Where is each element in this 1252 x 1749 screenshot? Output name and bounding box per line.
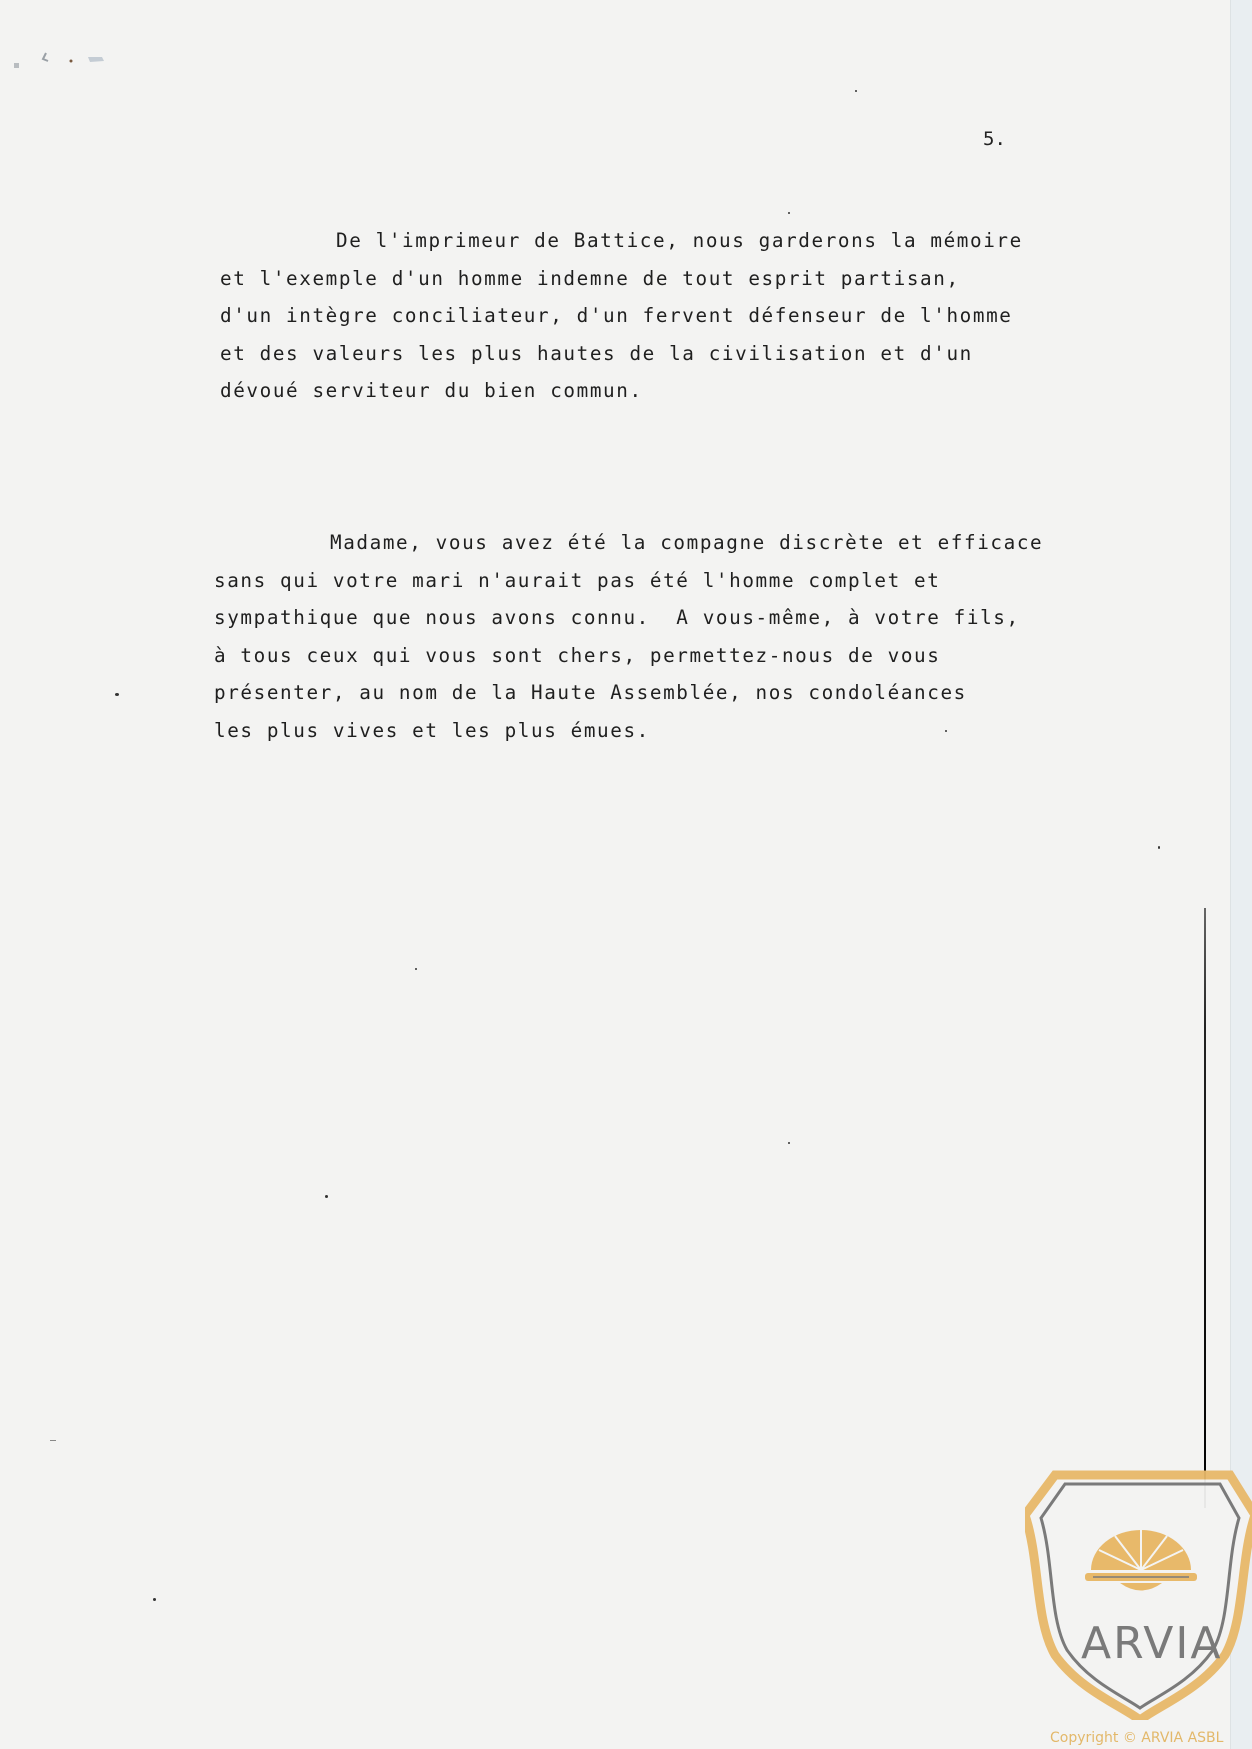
- copyright-notice: Copyright © ARVIA ASBL: [1050, 1730, 1223, 1746]
- watermark-logo-text: ARVIA: [1081, 1618, 1222, 1669]
- text-line: De l'imprimeur de Battice, nous garderon…: [220, 222, 1023, 260]
- arvia-watermark: ARVIA: [1025, 1470, 1252, 1720]
- text-line: et des valeurs les plus hautes de la civ…: [220, 335, 1023, 373]
- text-line: les plus vives et les plus émues.: [214, 712, 1043, 750]
- text-line: et l'exemple d'un homme indemne de tout …: [220, 260, 1023, 298]
- text-line: présenter, au nom de la Haute Assemblée,…: [214, 674, 1043, 712]
- text-line: d'un intègre conciliateur, d'un fervent …: [220, 297, 1023, 335]
- text-line: Madame, vous avez été la compagne discrè…: [214, 524, 1043, 562]
- text-line: sans qui votre mari n'aurait pas été l'h…: [214, 562, 1043, 600]
- paragraph-condolences: Madame, vous avez été la compagne discrè…: [214, 524, 1043, 749]
- text-line: sympathique que nous avons connu. A vous…: [214, 599, 1043, 637]
- text-line: à tous ceux qui vous sont chers, permett…: [214, 637, 1043, 675]
- text-line: dévoué serviteur du bien commun.: [220, 372, 1023, 410]
- scan-artifact-marks: [10, 45, 110, 75]
- paragraph-tribute: De l'imprimeur de Battice, nous garderon…: [220, 222, 1023, 410]
- margin-line: [1204, 908, 1206, 1508]
- page-number: 5.: [983, 128, 1006, 150]
